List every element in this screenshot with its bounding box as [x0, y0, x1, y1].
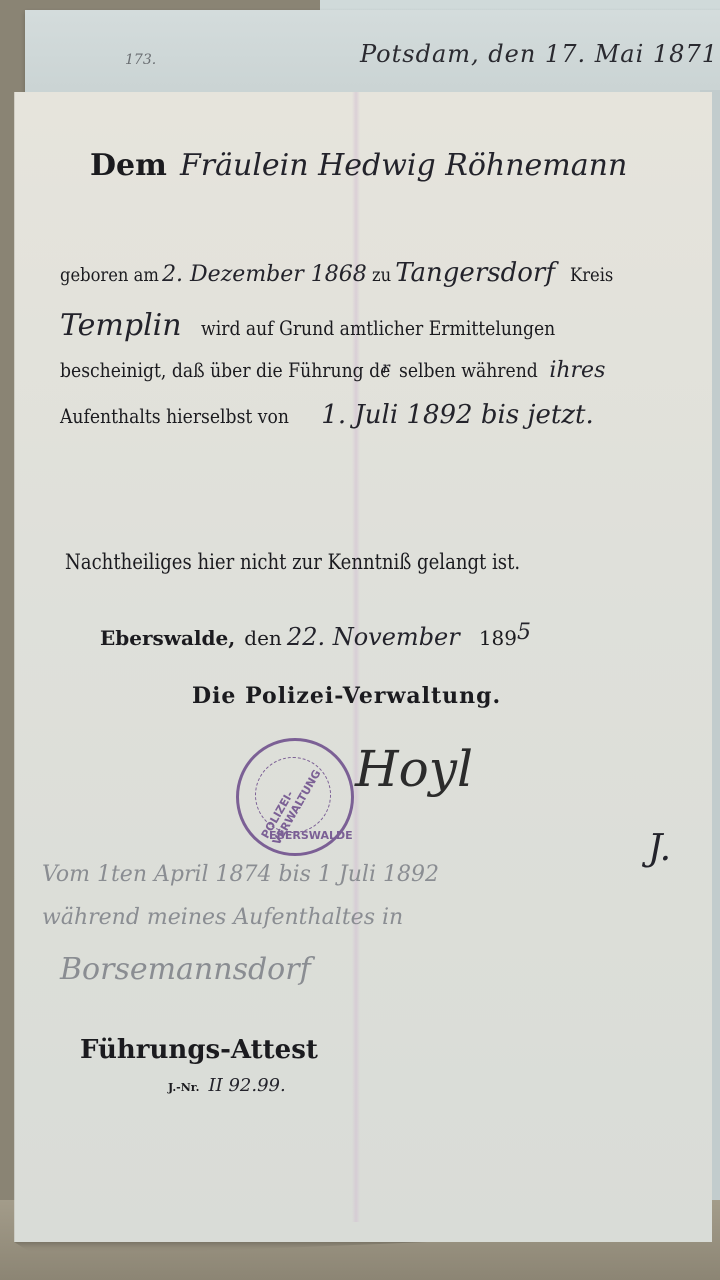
recipient-name: Fräulein Hedwig Röhnemann — [180, 148, 627, 183]
line5-text: Nachtheiliges hier nicht zur Kenntniß ge… — [65, 550, 520, 574]
year-hand: 5 — [517, 620, 531, 645]
birth-line: geboren am 2. Dezember 1868 zu Tangersdo… — [60, 258, 620, 288]
stamp-text-bottom: EBERSWALDE — [269, 829, 353, 842]
conclusion-line: Nachtheiliges hier nicht zur Kenntniß ge… — [65, 550, 594, 574]
line4-text: Aufenthalts hierselbst von — [60, 404, 289, 428]
den-label: den — [244, 626, 282, 650]
born-label: geboren am — [60, 264, 159, 286]
line2-text: wird auf Grund amtlicher Ermittelungen — [201, 316, 555, 340]
official-signature: Hoyl — [355, 740, 473, 798]
salutation-line: Dem Fräulein Hedwig Röhnemann — [90, 148, 627, 183]
journal-label: J.-Nr. — [168, 1081, 199, 1094]
at-label: zu — [372, 264, 391, 286]
pencil-note-line3: Borsemannsdorf — [60, 952, 311, 987]
year-printed: 189 — [479, 626, 517, 650]
issue-date: 22. November — [287, 623, 460, 651]
stay-line: Aufenthalts hierselbst von 1. Juli 1892 … — [60, 400, 594, 430]
background-letter-date: Potsdam, den 17. Mai 1871 — [360, 40, 718, 68]
district-line: Templin wird auf Grund amtlicher Ermitte… — [60, 308, 613, 343]
official-stamp: POLIZEI-VERWALTUNG EBERSWALDE — [236, 738, 354, 856]
background-letter-number: 173. — [125, 52, 156, 68]
line3-text-b: selben während — [399, 358, 538, 382]
line3-hand-b: ihres — [549, 358, 605, 383]
birth-date: 2. Dezember 1868 — [162, 262, 367, 287]
pencil-note-line1: Vom 1ten April 1874 bis 1 Juli 1892 — [42, 862, 439, 887]
place-date-line: Eberswalde, den 22. November 1895 — [100, 620, 531, 651]
journal-number-line: J.-Nr. II 92.99. — [168, 1075, 286, 1096]
place: Eberswalde, — [100, 626, 235, 650]
authority: Die Polizei-Verwaltung. — [192, 683, 501, 709]
document-title-line: Führungs-Attest — [80, 1035, 318, 1065]
district-label: Kreis — [570, 264, 613, 286]
stay-period: 1. Juli 1892 bis jetzt. — [321, 400, 593, 430]
journal-number: II 92.99. — [209, 1075, 286, 1096]
document-title: Führungs-Attest — [80, 1035, 318, 1065]
salutation-printed: Dem — [90, 148, 167, 183]
authority-line: Die Polizei-Verwaltung. — [192, 683, 501, 709]
pencil-note-line2: während meines Aufenthaltes in — [42, 905, 403, 930]
district-name: Templin — [60, 308, 182, 343]
birth-place: Tangersdorf — [395, 258, 555, 288]
certify-line: bescheinigt, daß über die Führung der se… — [60, 358, 605, 383]
margin-mark: J. — [648, 828, 671, 869]
line3-text-a: bescheinigt, daß über die Führung de — [60, 358, 390, 382]
